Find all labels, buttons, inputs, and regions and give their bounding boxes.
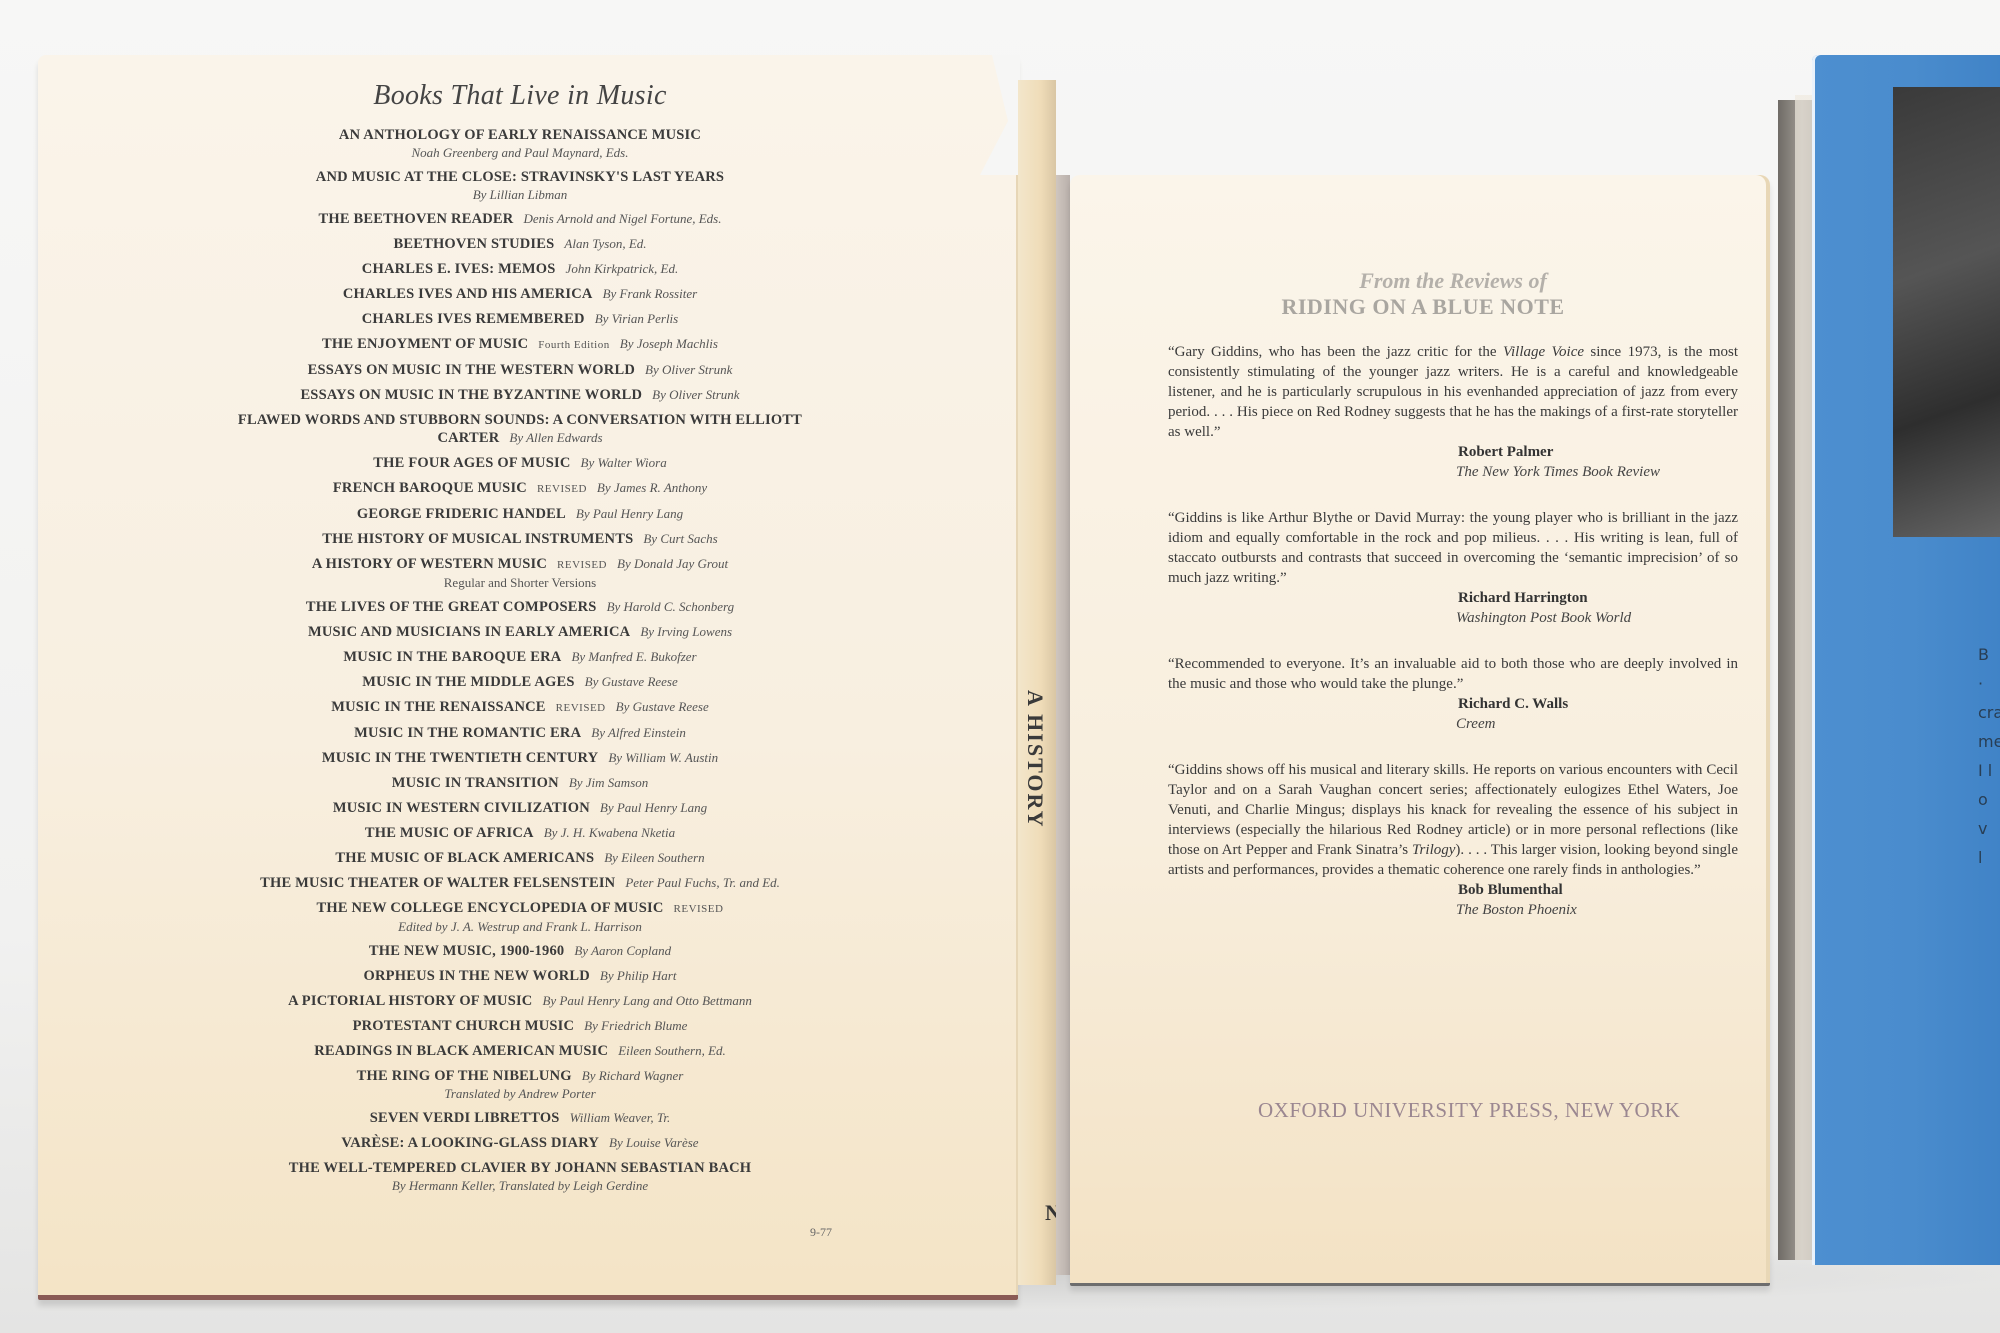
spine-title: A HISTORY	[1022, 690, 1048, 828]
book-entry: A HISTORY OF WESTERN MUSICREVISEDBy Dona…	[200, 555, 840, 591]
entry-title: MUSIC IN TRANSITION	[392, 775, 559, 791]
partial-text-line: B	[1978, 640, 2000, 669]
review: “Giddins shows off his musical and liter…	[1168, 760, 1738, 920]
reviewer-name: Richard Harrington	[1458, 588, 1738, 608]
book-entry: THE LIVES OF THE GREAT COMPOSERSBy Harol…	[200, 598, 840, 616]
entry-title: A HISTORY OF WESTERN MUSIC	[312, 556, 547, 572]
review-source: The New York Times Book Review	[1456, 462, 1738, 482]
entry-subline: Edited by J. A. Westrup and Frank L. Har…	[200, 918, 840, 935]
print-code: 9-77	[810, 1225, 832, 1240]
book-entry: THE BEETHOVEN READERDenis Arnold and Nig…	[200, 210, 840, 228]
book-entry: CHARLES IVES REMEMBEREDBy Virian Perlis	[200, 310, 840, 328]
entry-subline: Translated by Andrew Porter	[200, 1085, 840, 1102]
partial-text-line: l	[1978, 843, 2000, 872]
entry-title: VARÈSE: A LOOKING-GLASS DIARY	[341, 1135, 599, 1151]
book-entry: MUSIC IN THE BAROQUE ERABy Manfred E. Bu…	[200, 648, 840, 666]
entry-author: Eileen Southern, Ed.	[618, 1043, 726, 1058]
entry-title: READINGS IN BLACK AMERICAN MUSIC	[314, 1043, 608, 1059]
partial-text-line: I l	[1978, 756, 2000, 785]
review: “Recommended to everyone. It’s an invalu…	[1168, 654, 1738, 734]
entry-title: MUSIC IN THE ROMANTIC ERA	[354, 725, 581, 741]
book-entry: THE MUSIC THEATER OF WALTER FELSENSTEINP…	[200, 874, 840, 892]
entry-edition: REVISED	[556, 702, 606, 714]
entry-author: By Alfred Einstein	[591, 725, 686, 740]
partial-text-line: cra	[1978, 698, 2000, 727]
partial-text-line: me	[1978, 727, 2000, 756]
book-entry: THE WELL-TEMPERED CLAVIER BY JOHANN SEBA…	[200, 1159, 840, 1194]
entry-subline: By Lillian Libman	[200, 186, 840, 203]
gap-between-books	[1056, 175, 1070, 1275]
entry-author: By Jim Samson	[569, 775, 648, 790]
entry-title: MUSIC IN THE BAROQUE ERA	[343, 649, 561, 665]
entry-title: MUSIC IN WESTERN CIVILIZATION	[333, 800, 590, 816]
entry-author: By James R. Anthony	[597, 480, 707, 495]
book-title-heading: RIDING ON A BLUE NOTE	[1108, 294, 1738, 320]
partial-text-line: v	[1978, 814, 2000, 843]
entry-author: By Virian Perlis	[595, 311, 679, 326]
entry-author: By Joseph Machlis	[620, 336, 718, 351]
book-entries: AN ANTHOLOGY OF EARLY RENAISSANCE MUSICN…	[200, 126, 840, 1194]
entry-subline: By Hermann Keller, Translated by Leigh G…	[200, 1177, 840, 1194]
entry-author: By Aaron Copland	[574, 943, 671, 958]
entry-author: William Weaver, Tr.	[570, 1110, 671, 1125]
book-entry: MUSIC IN THE MIDDLE AGESBy Gustave Reese	[200, 673, 840, 691]
entry-author: Peter Paul Fuchs, Tr. and Ed.	[625, 875, 780, 890]
entry-title: FRENCH BAROQUE MUSIC	[333, 480, 527, 496]
reviews-heading: From the Reviews of	[1168, 268, 1738, 294]
partial-text-line: ·	[1978, 669, 2000, 698]
entry-subline: Regular and Shorter Versions	[200, 574, 840, 591]
entry-title: ORPHEUS IN THE NEW WORLD	[364, 968, 590, 984]
review-source: Creem	[1456, 714, 1738, 734]
book-entry: CHARLES IVES AND HIS AMERICABy Frank Ros…	[200, 285, 840, 303]
entry-title: THE FOUR AGES OF MUSIC	[373, 455, 570, 471]
entry-author: John Kirkpatrick, Ed.	[566, 261, 679, 276]
entry-title: THE BEETHOVEN READER	[319, 211, 514, 227]
book-entry: THE FOUR AGES OF MUSICBy Walter Wiora	[200, 454, 840, 472]
torn-corner	[980, 55, 1020, 175]
book-entry: FLAWED WORDS AND STUBBORN SOUNDS: A CONV…	[200, 411, 840, 447]
book-entry: READINGS IN BLACK AMERICAN MUSICEileen S…	[200, 1042, 840, 1060]
review-source: The Boston Phoenix	[1456, 900, 1738, 920]
entry-author: By Walter Wiora	[581, 455, 667, 470]
book-entry: ORPHEUS IN THE NEW WORLDBy Philip Hart	[200, 967, 840, 985]
book-entry: MUSIC IN THE TWENTIETH CENTURYBy William…	[200, 749, 840, 767]
entry-title: THE LIVES OF THE GREAT COMPOSERS	[306, 599, 597, 615]
entry-author: By Paul Henry Lang	[576, 506, 683, 521]
review: “Gary Giddins, who has been the jazz cri…	[1168, 342, 1738, 482]
entry-author: By Irving Lowens	[640, 624, 732, 639]
entry-title: ESSAYS ON MUSIC IN THE WESTERN WORLD	[308, 362, 635, 378]
review-quote: “Gary Giddins, who has been the jazz cri…	[1168, 342, 1738, 442]
entry-author: By Gustave Reese	[585, 674, 678, 689]
book-entry: THE NEW MUSIC, 1900-1960By Aaron Copland	[200, 942, 840, 960]
reviewer-name: Bob Blumenthal	[1458, 880, 1738, 900]
entry-author: By Oliver Strunk	[652, 387, 739, 402]
book-entry: VARÈSE: A LOOKING-GLASS DIARYBy Louise V…	[200, 1134, 840, 1152]
entry-author: Denis Arnold and Nigel Fortune, Eds.	[523, 211, 721, 226]
book-list-title: Books That Live in Music	[200, 80, 840, 112]
book-entry: ESSAYS ON MUSIC IN THE WESTERN WORLDBy O…	[200, 361, 840, 379]
entry-title: THE MUSIC OF BLACK AMERICANS	[335, 850, 594, 866]
review-quote: “Giddins shows off his musical and liter…	[1168, 760, 1738, 880]
entry-author: By Manfred E. Bukofzer	[571, 649, 696, 664]
book-entry: ESSAYS ON MUSIC IN THE BYZANTINE WORLDBy…	[200, 386, 840, 404]
publisher-imprint: OXFORD UNIVERSITY PRESS, NEW YORK	[1258, 1098, 1680, 1123]
book-entry: MUSIC AND MUSICIANS IN EARLY AMERICABy I…	[200, 623, 840, 641]
book-entry: MUSIC IN THE ROMANTIC ERABy Alfred Einst…	[200, 724, 840, 742]
entry-author: By Curt Sachs	[643, 531, 717, 546]
entry-title: A PICTORIAL HISTORY OF MUSIC	[288, 993, 532, 1009]
entry-title: AND MUSIC AT THE CLOSE: STRAVINSKY'S LAS…	[316, 169, 724, 185]
entry-title: MUSIC IN THE RENAISSANCE	[331, 699, 545, 715]
entry-author: By Paul Henry Lang	[600, 800, 707, 815]
entry-title: MUSIC IN THE TWENTIETH CENTURY	[322, 750, 599, 766]
book-entry: AN ANTHOLOGY OF EARLY RENAISSANCE MUSICN…	[200, 126, 840, 161]
guitarist-photo	[1893, 87, 2000, 537]
book-entry: A PICTORIAL HISTORY OF MUSICBy Paul Henr…	[200, 992, 840, 1010]
entry-title: SEVEN VERDI LIBRETTOS	[370, 1110, 560, 1126]
book-entry: THE MUSIC OF AFRICABy J. H. Kwabena Nket…	[200, 824, 840, 842]
entry-author: By Oliver Strunk	[645, 362, 732, 377]
entry-author: By Gustave Reese	[616, 699, 709, 714]
entry-title: THE MUSIC OF AFRICA	[365, 825, 534, 841]
blue-cover-partial-text: B·crameI lovl	[1978, 640, 2000, 872]
entry-author: By William W. Austin	[608, 750, 718, 765]
entry-author: By Paul Henry Lang and Otto Bettmann	[542, 993, 751, 1008]
entry-author: By Philip Hart	[600, 968, 677, 983]
left-book-spine	[1018, 80, 1056, 1285]
book-entry: PROTESTANT CHURCH MUSICBy Friedrich Blum…	[200, 1017, 840, 1035]
entry-title: BEETHOVEN STUDIES	[393, 236, 554, 252]
review-quote: “Recommended to everyone. It’s an invalu…	[1168, 654, 1738, 694]
entry-author: By Eileen Southern	[604, 850, 704, 865]
book-list: Books That Live in Music AN ANTHOLOGY OF…	[200, 80, 840, 1201]
book-entry: THE RING OF THE NIBELUNGBy Richard Wagne…	[200, 1067, 840, 1102]
book-entry: MUSIC IN TRANSITIONBy Jim Samson	[200, 774, 840, 792]
entry-title: THE HISTORY OF MUSICAL INSTRUMENTS	[322, 531, 633, 547]
entry-title: CHARLES E. IVES: MEMOS	[362, 261, 556, 277]
entry-title: THE NEW COLLEGE ENCYCLOPEDIA OF MUSIC	[317, 900, 664, 916]
entry-author: By Frank Rossiter	[603, 286, 698, 301]
book-entry: GEORGE FRIDERIC HANDELBy Paul Henry Lang	[200, 505, 840, 523]
entry-title: GEORGE FRIDERIC HANDEL	[357, 506, 566, 522]
review-list: “Gary Giddins, who has been the jazz cri…	[1168, 342, 1738, 920]
partial-text-line: o	[1978, 785, 2000, 814]
book-entry: MUSIC IN WESTERN CIVILIZATIONBy Paul Hen…	[200, 799, 840, 817]
entry-title: ESSAYS ON MUSIC IN THE BYZANTINE WORLD	[300, 387, 642, 403]
entry-title: THE ENJOYMENT OF MUSIC	[322, 336, 528, 352]
entry-edition: REVISED	[537, 483, 587, 495]
review-attribution: Bob BlumenthalThe Boston Phoenix	[1458, 880, 1738, 920]
entry-author: By J. H. Kwabena Nketia	[544, 825, 675, 840]
entry-edition: REVISED	[674, 903, 724, 915]
reviewer-name: Richard C. Walls	[1458, 694, 1738, 714]
entry-title: THE WELL-TEMPERED CLAVIER BY JOHANN SEBA…	[289, 1160, 752, 1176]
review-attribution: Richard HarringtonWashington Post Book W…	[1458, 588, 1738, 628]
entry-author: Alan Tyson, Ed.	[564, 236, 646, 251]
review-quote: “Giddins is like Arthur Blythe or David …	[1168, 508, 1738, 588]
entry-edition: REVISED	[557, 559, 607, 571]
entry-author: By Louise Varèse	[609, 1135, 699, 1150]
entry-subline: Noah Greenberg and Paul Maynard, Eds.	[200, 144, 840, 161]
entry-title: MUSIC IN THE MIDDLE AGES	[362, 674, 574, 690]
entry-title: PROTESTANT CHURCH MUSIC	[353, 1018, 575, 1034]
book-entry: THE HISTORY OF MUSICAL INSTRUMENTSBy Cur…	[200, 530, 840, 548]
book-entry: FRENCH BAROQUE MUSICREVISEDBy James R. A…	[200, 479, 840, 498]
entry-title: AN ANTHOLOGY OF EARLY RENAISSANCE MUSIC	[339, 127, 701, 143]
book-entry: BEETHOVEN STUDIESAlan Tyson, Ed.	[200, 235, 840, 253]
book-entry: MUSIC IN THE RENAISSANCEREVISEDBy Gustav…	[200, 698, 840, 717]
entry-author: By Harold C. Schonberg	[607, 599, 735, 614]
book-entry: THE ENJOYMENT OF MUSICFourth EditionBy J…	[200, 335, 840, 354]
review-attribution: Robert PalmerThe New York Times Book Rev…	[1458, 442, 1738, 482]
entry-author: By Richard Wagner	[582, 1068, 684, 1083]
book-entry: CHARLES E. IVES: MEMOSJohn Kirkpatrick, …	[200, 260, 840, 278]
entry-title: MUSIC AND MUSICIANS IN EARLY AMERICA	[308, 624, 630, 640]
entry-author: By Allen Edwards	[509, 430, 602, 445]
review-attribution: Richard C. WallsCreem	[1458, 694, 1738, 734]
entry-title: CHARLES IVES AND HIS AMERICA	[343, 286, 593, 302]
reviewer-name: Robert Palmer	[1458, 442, 1738, 462]
book-entry: AND MUSIC AT THE CLOSE: STRAVINSKY'S LAS…	[200, 168, 840, 203]
entry-title: THE MUSIC THEATER OF WALTER FELSENSTEIN	[260, 875, 615, 891]
review: “Giddins is like Arthur Blythe or David …	[1168, 508, 1738, 628]
entry-author: By Donald Jay Grout	[617, 556, 728, 571]
book-entry: SEVEN VERDI LIBRETTOSWilliam Weaver, Tr.	[200, 1109, 840, 1127]
entry-title: CHARLES IVES REMEMBERED	[362, 311, 585, 327]
reviews-panel: From the Reviews of RIDING ON A BLUE NOT…	[1168, 268, 1738, 946]
entry-title: THE RING OF THE NIBELUNG	[357, 1068, 572, 1084]
entry-author: By Friedrich Blume	[584, 1018, 687, 1033]
entry-edition: Fourth Edition	[538, 339, 609, 351]
book-entry: THE MUSIC OF BLACK AMERICANSBy Eileen So…	[200, 849, 840, 867]
book-entry: THE NEW COLLEGE ENCYCLOPEDIA OF MUSICREV…	[200, 899, 840, 935]
review-source: Washington Post Book World	[1456, 608, 1738, 628]
entry-title: THE NEW MUSIC, 1900-1960	[369, 943, 564, 959]
